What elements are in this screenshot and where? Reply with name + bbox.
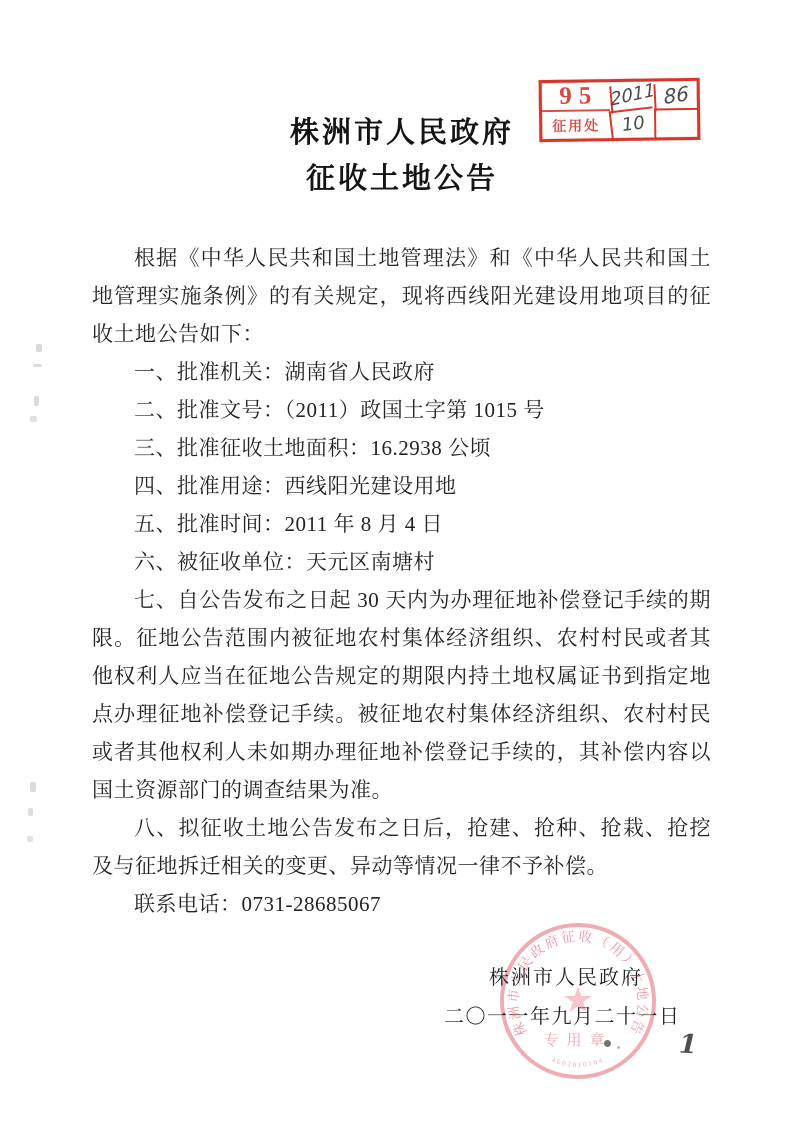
- document-title: 株洲市人民政府 征收土地公告: [92, 110, 712, 202]
- clause-land-area: 三、批准征收土地面积：16.2938 公顷: [92, 429, 711, 467]
- signature-date: 二〇一一年九月二十一日: [444, 1000, 681, 1029]
- clause-expropriated-unit: 六、被征收单位：天元区南塘村: [92, 543, 711, 581]
- stamp-handwritten-number: 86: [653, 78, 697, 112]
- document-body: 根据《中华人民共和国土地管理法》和《中华人民共和国土地管理实施条例》的有关规定，…: [92, 239, 711, 923]
- seal-center-label: 专用章: [543, 1031, 612, 1049]
- margin-artifact: [36, 344, 42, 352]
- margin-artifact: [33, 364, 42, 367]
- signature-organization: 株洲市人民政府: [489, 961, 643, 990]
- paragraph-intro: 根据《中华人民共和国土地管理法》和《中华人民共和国土地管理实施条例》的有关规定，…: [92, 239, 711, 353]
- page-number: 1: [678, 1030, 697, 1061]
- clause-approval-document: 二、批准文号：（2011）政国土字第 1015 号: [92, 391, 711, 429]
- stamp-serial-number: 95: [542, 82, 610, 110]
- margin-artifact: [28, 808, 33, 816]
- seal-code: 4002010104: [551, 1056, 606, 1069]
- margin-artifact: [34, 396, 39, 406]
- clause-approving-authority: 一、批准机关：湖南省人民政府: [92, 353, 711, 391]
- clause-registration-period: 七、自公告发布之日起 30 天内为办理征地补偿登记手续的期限。征地公告范围内被征…: [92, 581, 711, 809]
- document-page: 95 2011 86 征用处 10 株洲市人民政府 征收土地公告 根据《中华人民…: [0, 0, 800, 1136]
- margin-artifact: [30, 416, 37, 422]
- margin-artifact: [27, 836, 33, 842]
- clause-approved-use: 四、批准用途：西线阳光建设用地: [92, 467, 711, 505]
- clause-approval-date: 五、批准时间：2011 年 8 月 4 日: [92, 505, 711, 543]
- margin-artifact: [30, 782, 36, 792]
- clause-no-compensation: 八、拟征收土地公告发布之日后，抢建、抢种、抢栽、抢挖及与征地拆迁相关的变更、异动…: [92, 809, 711, 885]
- title-line-announcement: 征收土地公告: [92, 156, 712, 202]
- title-line-government: 株洲市人民政府: [92, 110, 712, 156]
